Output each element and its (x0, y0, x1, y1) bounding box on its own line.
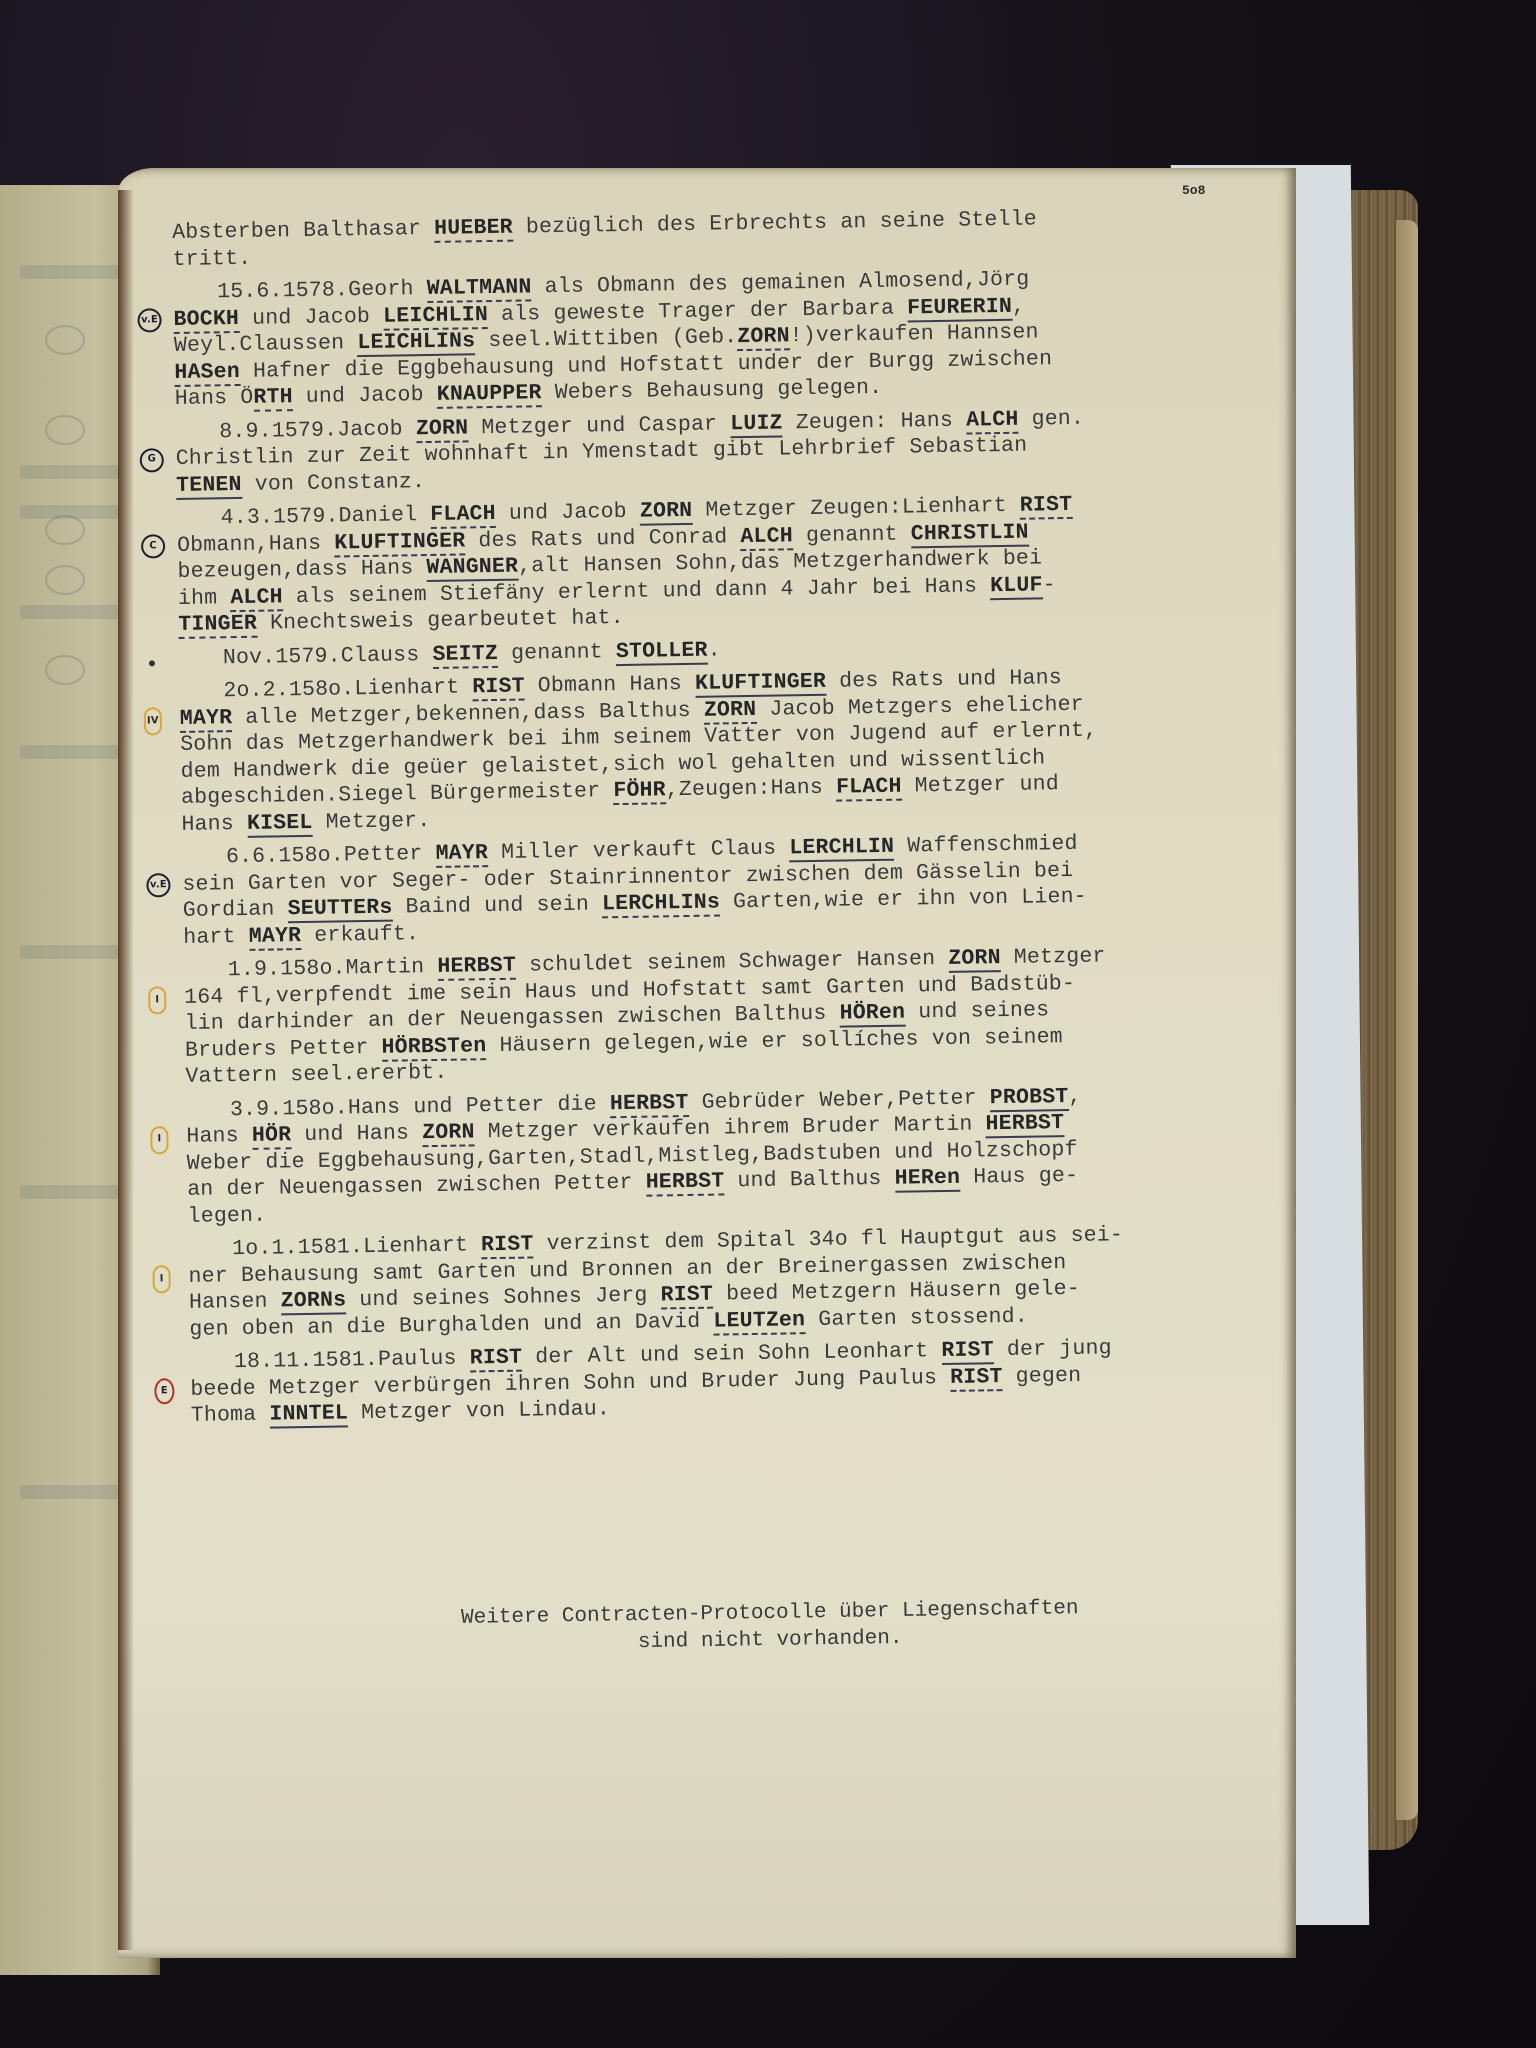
surname: FÖHR (613, 778, 666, 805)
surname: RIST (660, 1283, 713, 1310)
surname: RIST (1020, 493, 1073, 520)
surname: KLUFTINGER (334, 529, 465, 557)
surname: HERBST (985, 1111, 1064, 1138)
margin-annotation-mark (149, 660, 155, 666)
ghost-margin-mark (45, 515, 85, 545)
surname: FEURERIN (907, 294, 1012, 322)
surname: ZORN (704, 697, 757, 724)
margin-annotation-mark: IV (144, 707, 162, 735)
surname: ZORN (422, 1120, 475, 1147)
surname: ZORN (416, 416, 469, 443)
surname: ALCH (966, 407, 1019, 434)
surname: ZORN (737, 324, 790, 351)
surname: TENEN (176, 472, 242, 499)
surname: HERen (894, 1166, 960, 1193)
surname: HÖRBSTen (381, 1034, 486, 1062)
surname: ZORNs (281, 1288, 347, 1315)
surname: TINGER (178, 612, 257, 639)
margin-annotation-mark: I (148, 986, 166, 1014)
margin-annotation-mark: E (154, 1378, 174, 1404)
ghost-text (20, 1185, 130, 1199)
ghost-margin-mark (45, 655, 85, 685)
margin-annotation-mark: G (140, 448, 164, 472)
margin-annotation-mark: v.E (146, 873, 170, 897)
surname: INNTEL (269, 1401, 348, 1428)
record-entry: C4.3.1579.Daniel FLACH und Jacob ZORN Me… (176, 489, 1268, 639)
surname: HÖR (252, 1123, 292, 1150)
record-entry: v.E15.6.1578.Georh WALTMANN als Obmann d… (173, 263, 1265, 413)
ghost-text (20, 465, 130, 479)
surname: HERBST (646, 1169, 725, 1196)
surname: WANGNER (426, 555, 518, 582)
ghost-text (20, 265, 130, 279)
record-entry: G8.9.1579.Jacob ZORN Metzger und Caspar … (175, 402, 1266, 499)
surname: HERBST (437, 954, 516, 981)
ghost-text (20, 745, 130, 759)
surname: HERBST (610, 1090, 689, 1117)
surname: MAYR (435, 841, 488, 868)
page-number: 5o8 (1182, 183, 1205, 198)
surname: ALCH (230, 585, 283, 612)
gutter-shadow (118, 190, 134, 1950)
surname: HÖRen (839, 1001, 905, 1028)
margin-annotation-mark: v.E (137, 308, 161, 332)
surname: ZORN (948, 946, 1001, 973)
margin-annotation-mark: I (150, 1126, 168, 1154)
surname: KLUFTINGER (695, 670, 826, 698)
surname: KLUF (990, 573, 1043, 600)
surname: BOCKH (173, 306, 239, 333)
surname: ZORN (640, 499, 693, 526)
surname: LUIZ (730, 411, 783, 438)
surname: HUEBER (434, 216, 513, 243)
surname: CHRISTLIN (911, 520, 1029, 548)
surname: HASen (174, 359, 240, 386)
record-entry: E18.11.1581.Paulus RIST der Alt und sein… (190, 1333, 1281, 1430)
surname: RIST (950, 1365, 1003, 1392)
surname: WALTMANN (427, 275, 532, 303)
record-entry: I1o.1.1581.Lienhart RIST verzinst dem Sp… (188, 1220, 1280, 1343)
surname: SEUTTERs (287, 896, 392, 924)
record-entry: IV2o.2.158o.Lienhart RIST Obmann Hans KL… (179, 662, 1271, 838)
surname: SEITZ (432, 641, 498, 668)
ghost-margin-mark (45, 415, 85, 445)
surname: KNAUPPER (437, 381, 542, 409)
record-entry: I1.9.158o.Martin HERBST schuldet seinem … (184, 941, 1276, 1091)
surname: RIST (470, 1346, 523, 1373)
surname: RIST (481, 1232, 534, 1259)
margin-annotation-mark: I (152, 1265, 170, 1293)
surname: LERCHLIN (789, 835, 894, 863)
ghost-margin-mark (45, 565, 85, 595)
surname: PROBST (990, 1085, 1069, 1112)
surname: FLACH (430, 502, 496, 529)
record-entry: v.E6.6.158o.Petter MAYR Miller verkauft … (182, 828, 1274, 951)
ghost-margin-mark (45, 325, 85, 355)
surname: RIST (941, 1338, 994, 1365)
surname: LEICHLIN (383, 303, 488, 331)
surname: ALCH (740, 524, 793, 551)
surname: MAYR (180, 706, 233, 733)
surname: KISEL (247, 810, 313, 837)
surname: RTH (253, 385, 293, 412)
surname: LEICHLINs (357, 329, 475, 357)
surname: MAYR (249, 924, 302, 951)
ghost-text (20, 605, 130, 619)
ghost-text (20, 945, 130, 959)
ghost-text (20, 1485, 130, 1499)
surname: RIST (472, 675, 525, 702)
record-entry: I3.9.158o.Hans und Petter die HERBST Geb… (186, 1080, 1278, 1230)
surname: LERCHLINs (602, 890, 720, 918)
surname: FLACH (836, 775, 902, 802)
surname: LEUTZen (713, 1308, 805, 1335)
document-body: Absterben Balthasar HUEBER bezüglich des… (172, 203, 1281, 1436)
surname: STOLLER (616, 638, 708, 665)
